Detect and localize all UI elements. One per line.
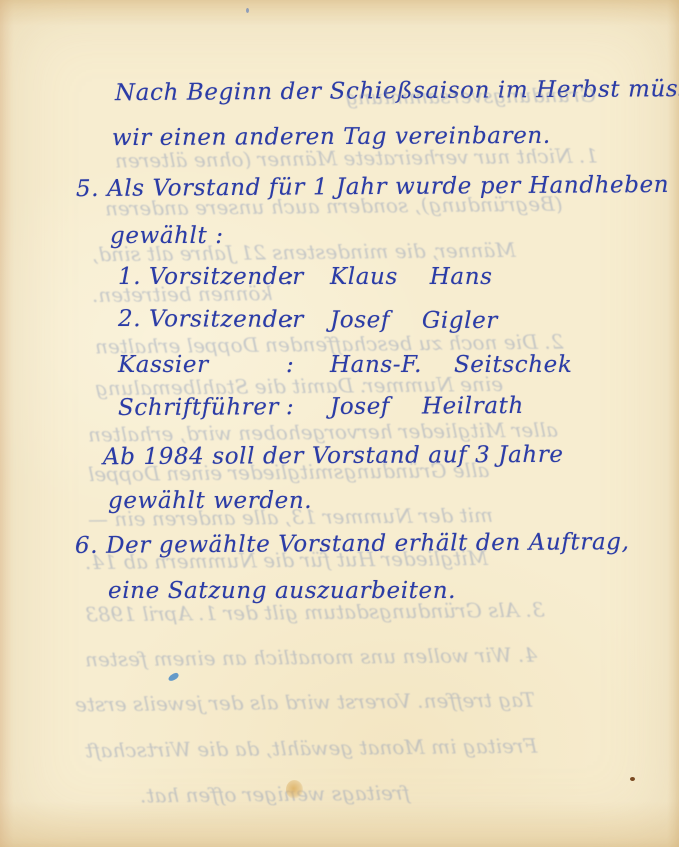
bleedthrough-line: freitags weniger offen hat.: [140, 781, 410, 808]
blue-ink-smudge: [167, 672, 180, 682]
board-name: Klaus Hans: [330, 264, 493, 290]
bleedthrough-line: 4. Wir wollen uns monatlich an einem fes…: [85, 643, 537, 672]
colon: :: [286, 262, 330, 292]
bleedthrough-line: 3. Als Gründungsdatum gilt der 1. April …: [85, 598, 545, 627]
bleedthrough-line: Gründungsversammlung: [345, 83, 596, 110]
bleedthrough-line: können beitreten.: [92, 281, 273, 307]
bleedthrough-line: 1. Nicht nur verheiratete Männer (ohne ä…: [115, 143, 598, 172]
scanned-page: Nach Beginn der Schießsaison im Herbst m…: [0, 0, 679, 847]
bleedthrough-line: eine Nummer. Damit die Stahlbemalung: [95, 372, 503, 400]
bleedthrough-line: Mitglieder Hut für die Nummern ab 14.: [85, 546, 488, 574]
brown-speck: [630, 777, 635, 781]
colon: :: [286, 305, 330, 335]
bleedthrough-line: 2. Die noch zu beschaffenden Doppel erha…: [95, 330, 564, 359]
bleedthrough-line: alle Gründungsmitglieder einen Doppel: [88, 458, 490, 486]
bleedthrough-line: Männer, die mindestens 21 Jahre alt sind…: [92, 238, 516, 266]
bleedthrough-line: aller Mitglieder hervorgehoben wird, erh…: [88, 418, 558, 447]
bleedthrough-line: (Begründung), sondern auch unsere andere…: [105, 192, 563, 221]
tan-stain: [286, 780, 303, 799]
bleedthrough-line: Freitag im Monat gewählt, da die Wirtsch…: [85, 734, 538, 763]
bleedthrough-line: mit der Nummer 13, alle anderen ein —: [88, 503, 493, 531]
board-role: 2. Vorsitzender: [118, 304, 286, 335]
bleedthrough-line: Tag treffen. Vorerst wird als der jeweil…: [75, 688, 535, 717]
blue-ink-dot: [246, 8, 249, 13]
